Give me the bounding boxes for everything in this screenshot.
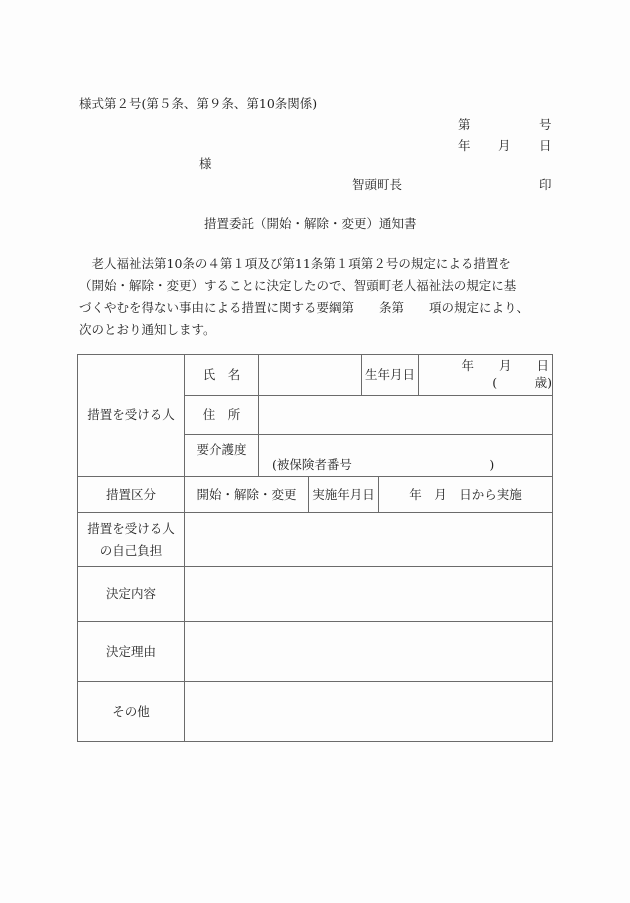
- date-month: 月: [498, 140, 511, 153]
- body-line: 次のとおり通知します。: [79, 319, 555, 341]
- birthdate-label: 生年月日: [362, 355, 418, 395]
- table-border: [77, 741, 553, 742]
- other-label: その他: [78, 682, 184, 741]
- insured-number: (被保険者番号 ): [272, 459, 494, 472]
- age-field: ( 歳): [492, 377, 552, 390]
- other-field[interactable]: [185, 682, 552, 741]
- body-line: 老人福祉法第10条の４第１項及び第11条第１項第２号の規定による措置を: [79, 253, 555, 275]
- person-label: 措置を受ける人: [78, 354, 184, 476]
- name-field[interactable]: [259, 355, 361, 395]
- doc-number-prefix: 第: [458, 119, 471, 132]
- form-number: 様式第２号(第５条、第９条、第10条関係): [79, 98, 317, 111]
- doc-number-suffix: 号: [539, 119, 552, 132]
- issuer-name: 智頭町長: [352, 179, 402, 192]
- address-field[interactable]: [259, 396, 552, 434]
- birthdate-ymd: 年 月 日: [461, 360, 549, 373]
- category-value[interactable]: 開始・解除・変更: [185, 477, 308, 512]
- decision-reason-label: 決定理由: [78, 622, 184, 681]
- self-pay-field[interactable]: [185, 513, 552, 566]
- impl-date-label: 実施年月日: [309, 477, 378, 512]
- decision-content-field[interactable]: [185, 567, 552, 621]
- self-pay-label-line2: の自己負担: [100, 540, 163, 562]
- name-label: 氏 名: [185, 355, 258, 395]
- body-line: づくやむを得ない事由による措置に関する要綱第 条第 項の規定により、: [79, 297, 555, 319]
- table-border: [552, 354, 553, 742]
- care-level-field[interactable]: (被保険者番号 ): [259, 435, 552, 476]
- body-line: （開始・解除・変更）することに決定したので、智頭町老人福祉法の規定に基: [79, 275, 555, 297]
- document-title: 措置委託（開始・解除・変更）通知書: [204, 218, 417, 231]
- date-year: 年: [458, 140, 471, 153]
- self-pay-label-line1: 措置を受ける人: [87, 518, 175, 540]
- addressee-suffix: 様: [199, 158, 212, 171]
- date-day: 日: [539, 140, 552, 153]
- address-label: 住 所: [185, 396, 258, 434]
- body-paragraph: 老人福祉法第10条の４第１項及び第11条第１項第２号の規定による措置を （開始・…: [79, 253, 555, 341]
- birthdate-field[interactable]: 年 月 日 ( 歳): [419, 355, 552, 395]
- decision-content-label: 決定内容: [78, 567, 184, 621]
- decision-reason-field[interactable]: [185, 622, 552, 681]
- impl-date-value[interactable]: 年 月 日から実施: [379, 477, 552, 512]
- care-level-label: 要介護度: [185, 435, 258, 465]
- category-label: 措置区分: [78, 477, 184, 512]
- self-pay-label: 措置を受ける人 の自己負担: [78, 513, 184, 566]
- seal-mark: 印: [539, 179, 552, 192]
